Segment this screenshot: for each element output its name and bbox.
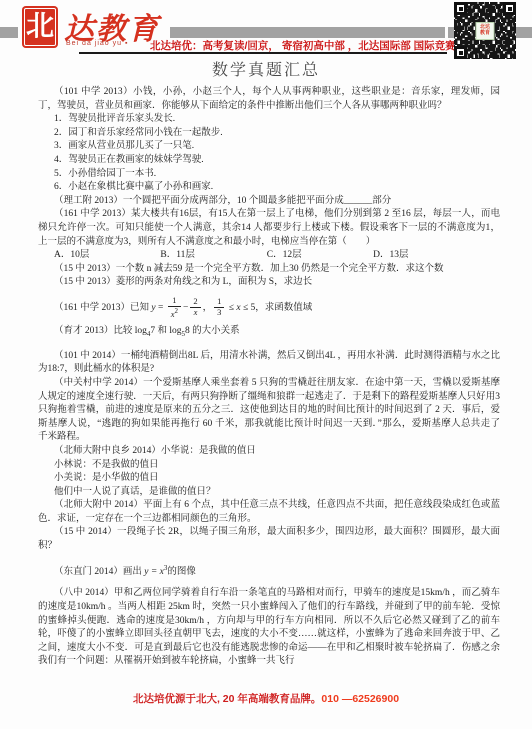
divider-band-segment [516, 27, 532, 38]
problem-logarithm: （育才 2013）比较 log47 和 log58 的大小关系 [38, 325, 500, 341]
document-body: （101 中学 2013）小钱，小孙，小赵三个人，每个人从事两种职业，这些职业是… [38, 86, 500, 669]
problem-function-range: （161 中学 2013）已知 y = 1x2−2x，13 ≤ x ≤ 5，求函… [38, 296, 500, 319]
banner-slogan: 北达培优：高考复读/回京， 寄宿初高中部 ，北达国际部 国际竞赛部 [150, 38, 450, 53]
qr-finder-icon [454, 2, 467, 15]
divider-band-segment [160, 27, 445, 38]
logo-pinyin-text: Bei da jiao yu ▪ [66, 40, 128, 47]
formula-equals: = [156, 303, 166, 313]
qr-finder-icon [454, 46, 467, 59]
problem-rope: （15 中 2014）一段绳子长 2R，以绳子围三角形，最大面积多少，围四边形，… [38, 526, 500, 553]
choice-d: D．13层 [373, 249, 477, 263]
qr-center-badge: 北达 教育 [476, 22, 495, 40]
problem-rhombus: （15 中 2013）菱形的两条对角线之和为 L，面积为 S，求边长 [38, 276, 500, 290]
duty-xiaomei: 小美说：是小华做的值日 [38, 472, 500, 486]
page-title: 数学真题汇总 [0, 57, 532, 80]
page-footer: 北达培优源于北大, 20 年高端教育品牌。010 —62526900 [0, 691, 532, 706]
choice-c: C．12层 [267, 249, 371, 263]
duty-xiaolin: 小林说：不是我做的值日 [38, 459, 500, 473]
document-page: 北 达教育 Bei da jiao yu ▪ 北达培优：高考复读/回京， 寄宿初… [0, 0, 532, 729]
formula-suffix: 求函数值域 [265, 303, 313, 313]
choice-b: B．11层 [160, 249, 264, 263]
formula-leq: ≤ 5， [241, 303, 265, 313]
choice-a: A．10层 [54, 249, 158, 263]
problem-circles: （理工附 2013）一个圆把平面分成两部分，10 个圆最多能把平面分成_____… [38, 195, 500, 209]
condition-1: 1．驾驶员批评音乐家头发长. [38, 113, 500, 127]
problem-cube-graph: （东直门 2014）画出 y = x3的图像 [38, 562, 500, 580]
divider-band-segment [0, 27, 18, 38]
formula-comma: ， [203, 303, 213, 313]
formula-leq: ≤ [226, 303, 236, 313]
footer-brand-text: 北达培优源于北大, 20 年高端教育品牌。 [133, 693, 321, 705]
condition-6: 6．小赵在象棋比赛中赢了小孙和画家. [38, 181, 500, 195]
problem-eskimo: （中关村中学 2014）一个爱斯基摩人乘坐套着 5 只狗的雪橇赶往朋友家．在途中… [38, 377, 500, 445]
duty-question: 他们中一人说了真话，是谁做的值日？ [38, 486, 500, 500]
footer-phone-number: 010 —62526900 [321, 693, 399, 705]
condition-5: 5．小孙借给园丁一本书. [38, 168, 500, 182]
header-rule [79, 52, 447, 54]
problem-careers: （101 中学 2013）小钱，小孙，小赵三个人，每个人从事两种职业，这些职业是… [38, 86, 500, 113]
formula-minus: − [183, 303, 188, 313]
logo-seal-character: 北 [26, 13, 54, 41]
qr-code: 北达 教育 [454, 2, 516, 59]
qr-badge-text: 教育 [480, 31, 490, 37]
qr-finder-icon [503, 2, 516, 15]
brand-logo: 北 达教育 Bei da jiao yu ▪ [20, 4, 170, 56]
fraction: 1x2 [168, 296, 181, 319]
formula-prefix: （161 中学 2013）已知 [54, 303, 151, 313]
problem-perfect-square: （15 中 2013）一个数 n 减去59 是一个完全平方数．加上30 仍然是一… [38, 263, 500, 277]
condition-4: 4．驾驶员正在教画家的妹妹学驾驶. [38, 154, 500, 168]
fraction: 2x [190, 297, 200, 318]
problem-six-points: （北师大附中 2014）平面上有 6 个点，其中任意三点不共线，任意四点不共面，… [38, 499, 500, 526]
problem-elevator: （161 中学 2013）某大楼共有16层，有15人在第一层上了电梯，他们分别到… [38, 208, 500, 249]
condition-2: 2．园丁和音乐家经常同小钱在一起散步. [38, 127, 500, 141]
problem-bee: （八中 2014）甲和乙两位同学骑着自行车沿一条笔直的马路相对而行，甲骑车的速度… [38, 587, 500, 669]
condition-3: 3．画家从营业员那儿买了一只笔. [38, 140, 500, 154]
problem-alcohol: （101 中 2014）一桶纯酒精倒出8L 后，用清水补满，然后又倒出4L ，再… [38, 350, 500, 377]
cube-expression: y = x [144, 567, 164, 577]
logo-seal-icon: 北 [22, 6, 58, 48]
problem-duty-xiaohua: （北师大附中良乡 2014）小华说：是我做的值日 [38, 445, 500, 459]
elevator-choices: A．10层 B．11层 C．12层 D．13层 [38, 249, 500, 263]
fraction: 13 [214, 297, 224, 318]
